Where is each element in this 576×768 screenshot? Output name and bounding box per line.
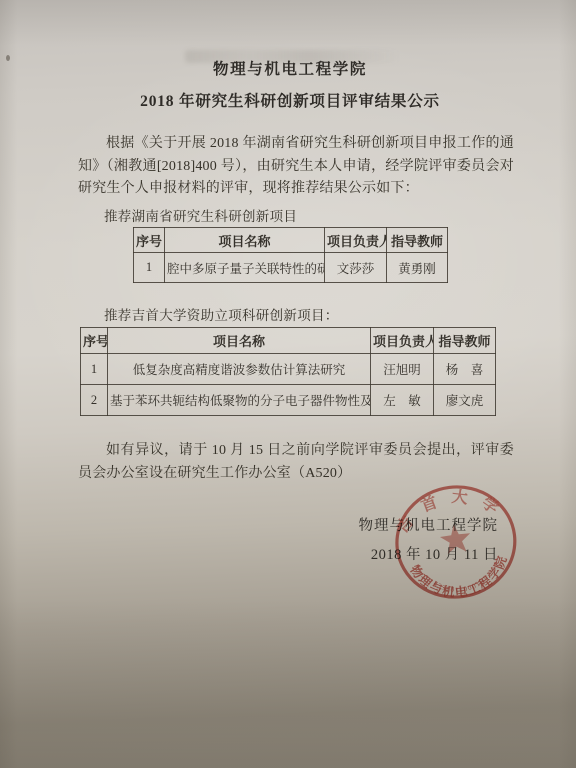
cell-advisor: 黄勇刚 xyxy=(387,253,448,283)
header-cell-index: 序号 xyxy=(81,328,108,354)
header-cell-advisor: 指导教师 xyxy=(387,228,448,253)
table-row: 1 腔中多原子量子关联特性的研究 文莎莎 黄勇刚 xyxy=(134,253,448,283)
intro-paragraph: 根据《关于开展 2018 年湖南省研究生科研创新项目申报工作的通知》（湘教通[2… xyxy=(78,133,514,201)
doc-subtitle: 2018 年研究生科研创新项目评审结果公示 xyxy=(40,89,540,111)
cell-leader: 左 敏 xyxy=(371,385,434,416)
cell-advisor: 杨 喜 xyxy=(434,354,496,385)
paper-speck xyxy=(6,55,10,61)
cell-index: 1 xyxy=(134,253,165,283)
table-row: 2 基于苯环共轭结构低聚物的分子电子器件物性及调控 左 敏 廖文虎 xyxy=(81,385,496,416)
projects-table-jishou: 序号 项目名称 项目负责人 指导教师 1 低复杂度高精度谐波参数估计算法研究 汪… xyxy=(80,327,496,416)
table-row: 1 低复杂度高精度谐波参数估计算法研究 汪旭明 杨 喜 xyxy=(81,354,496,385)
doc-title: 物理与机电工程学院 xyxy=(40,57,540,79)
closing-paragraph: 如有异议，请于 10 月 15 日之前向学院评审委员会提出，评审委员会办公室设在… xyxy=(78,439,514,485)
header-cell-project-name: 项目名称 xyxy=(165,228,325,253)
document-photo: 物理与机电工程学院 2018 年研究生科研创新项目评审结果公示 根据《关于开展 … xyxy=(0,0,576,768)
table-header-row: 序号 项目名称 项目负责人 指导教师 xyxy=(81,328,496,354)
cell-project-name: 低复杂度高精度谐波参数估计算法研究 xyxy=(108,354,371,385)
cell-index: 2 xyxy=(81,385,108,416)
header-cell-index: 序号 xyxy=(134,228,165,253)
projects-table-hunan: 序号 项目名称 项目负责人 指导教师 1 腔中多原子量子关联特性的研究 文莎莎 … xyxy=(133,227,448,283)
header-cell-leader: 项目负责人 xyxy=(325,228,387,253)
header-cell-advisor: 指导教师 xyxy=(434,328,496,354)
cell-project-name: 基于苯环共轭结构低聚物的分子电子器件物性及调控 xyxy=(108,385,371,416)
cell-leader: 汪旭明 xyxy=(371,354,434,385)
seal-number-holder: 4331011000161 xyxy=(431,573,491,597)
header-cell-project-name: 项目名称 xyxy=(108,328,371,354)
cell-project-name: 腔中多原子量子关联特性的研究 xyxy=(165,253,325,283)
signature-block: 物理与机电工程学院 2018 年 10 月 11 日 xyxy=(359,514,499,564)
table-header-row: 序号 项目名称 项目负责人 指导教师 xyxy=(134,228,448,253)
cell-leader: 文莎莎 xyxy=(325,253,387,283)
signature-date: 2018 年 10 月 11 日 xyxy=(359,543,499,564)
signature-org: 物理与机电工程学院 xyxy=(359,514,499,535)
section2-label: 推荐吉首大学资助立项科研创新项目： xyxy=(104,304,339,324)
cell-advisor: 廖文虎 xyxy=(434,385,496,416)
section1-label: 推荐湖南省研究生科研创新项目 xyxy=(104,205,297,225)
seal-number: 4331011000161 xyxy=(431,573,491,597)
cell-index: 1 xyxy=(81,354,108,385)
header-cell-leader: 项目负责人 xyxy=(371,328,434,354)
